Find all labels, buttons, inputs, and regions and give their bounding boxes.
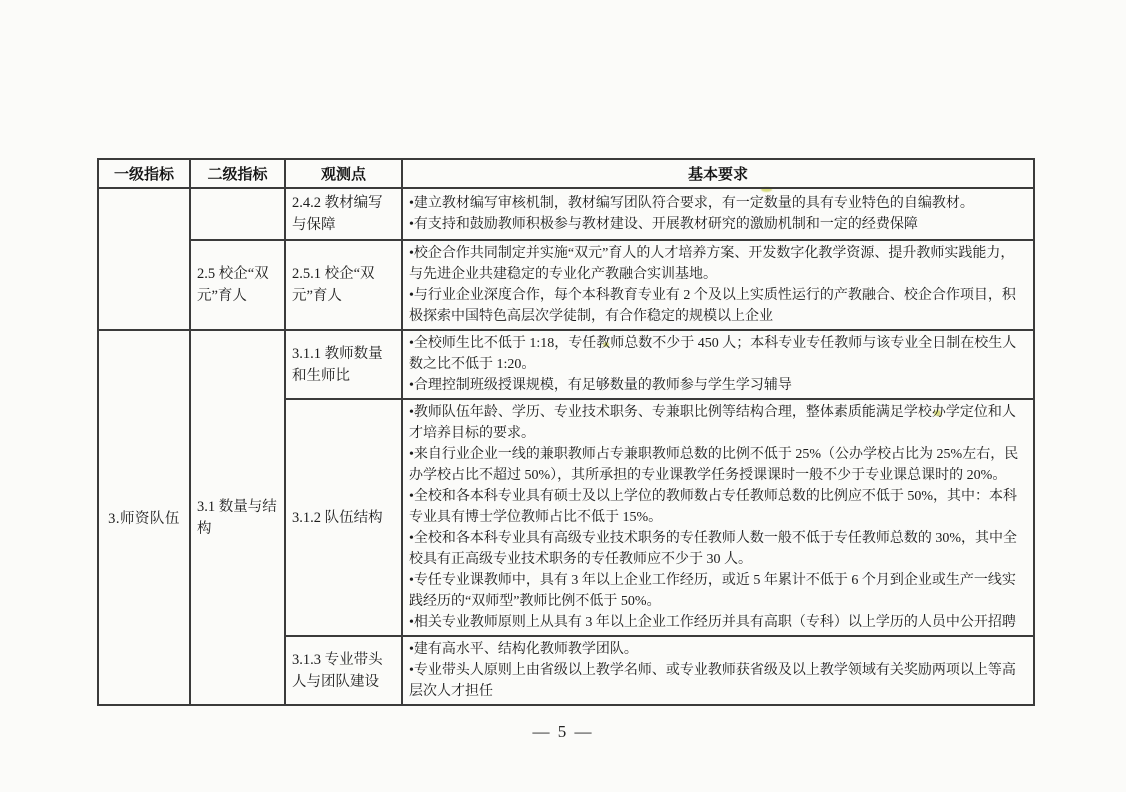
table-header-row: 一级指标 二级指标 观测点 基本要求	[98, 159, 1034, 188]
table-row: 2.5 校企“双元”育人 2.5.1 校企“双元”育人 •校企合作共同制定并实施…	[98, 240, 1034, 330]
cell-level1-continued	[98, 188, 190, 330]
cell-observation: 3.1.2 队伍结构	[285, 399, 402, 636]
cell-level1: 3.师资队伍	[98, 330, 190, 705]
cell-observation: 3.1.3 专业带头人与团队建设	[285, 636, 402, 705]
requirement-item: •教师队伍年龄、学历、专业技术职务、专兼职比例等结构合理，整体素质能满足学校办学…	[409, 402, 1027, 444]
requirement-item: •全校和各本科专业具有硕士及以上学位的教师数占专任教师总数的比例应不低于 50%…	[409, 486, 1027, 528]
requirement-item: •全校和各本科专业具有高级专业技术职务的专任教师人数一般不低于专任教师总数的 3…	[409, 528, 1027, 570]
requirement-item: •合理控制班级授课规模，有足够数量的教师参与学生学习辅导	[409, 375, 1027, 396]
requirement-item: •有支持和鼓励教师积极参与教材建设、开展教材研究的激励机制和一定的经费保障	[409, 214, 1027, 235]
page-number: — 5 —	[0, 722, 1126, 742]
table-row: 3.师资队伍 3.1 数量与结构 3.1.1 教师数量和生师比 •全校师生比不低…	[98, 330, 1034, 399]
header-level2-indicator: 二级指标	[190, 159, 285, 188]
requirement-item: •建有高水平、结构化教师教学团队。	[409, 639, 1027, 660]
table-row: 2.4.2 教材编写与保障 •建立教材编写审核机制，教材编写团队符合要求，有一定…	[98, 188, 1034, 240]
requirement-item: •专任专业课教师中，具有 3 年以上企业工作经历，或近 5 年累计不低于 6 个…	[409, 570, 1027, 612]
document-page: 一级指标 二级指标 观测点 基本要求 2.4.2 教材编写与保障 •建立教材编写…	[0, 0, 1126, 792]
cell-requirements: •教师队伍年龄、学历、专业技术职务、专兼职比例等结构合理，整体素质能满足学校办学…	[402, 399, 1034, 636]
cell-requirements: •全校师生比不低于 1:18，专任教师总数不少于 450 人；本科专业专任教师与…	[402, 330, 1034, 399]
requirement-item: •专业带头人原则上由省级以上教学名师、或专业教师获省级及以上教学领域有关奖励两项…	[409, 660, 1027, 702]
requirement-item: •校企合作共同制定并实施“双元”育人的人才培养方案、开发数字化教学资源、提升教师…	[409, 243, 1027, 285]
cell-observation: 2.5.1 校企“双元”育人	[285, 240, 402, 330]
header-basic-requirements: 基本要求	[402, 159, 1034, 188]
cell-requirements: •建有高水平、结构化教师教学团队。 •专业带头人原则上由省级以上教学名师、或专业…	[402, 636, 1034, 705]
cell-observation: 2.4.2 教材编写与保障	[285, 188, 402, 240]
cell-requirements: •校企合作共同制定并实施“双元”育人的人才培养方案、开发数字化教学资源、提升教师…	[402, 240, 1034, 330]
cell-level2: 3.1 数量与结构	[190, 330, 285, 705]
requirement-item: •建立教材编写审核机制，教材编写团队符合要求，有一定数量的具有专业特色的自编教材…	[409, 193, 1027, 214]
requirement-item: •相关专业教师原则上从具有 3 年以上企业工作经历并具有高职（专科）以上学历的人…	[409, 612, 1027, 633]
requirement-item: •与行业企业深度合作，每个本科教育专业有 2 个及以上实质性运行的产教融合、校企…	[409, 285, 1027, 327]
header-observation-point: 观测点	[285, 159, 402, 188]
requirement-item: •来自行业企业一线的兼职教师占专兼职教师总数的比例不低于 25%（公办学校占比为…	[409, 444, 1027, 486]
indicator-table: 一级指标 二级指标 观测点 基本要求 2.4.2 教材编写与保障 •建立教材编写…	[97, 158, 1035, 706]
requirement-item: •全校师生比不低于 1:18，专任教师总数不少于 450 人；本科专业专任教师与…	[409, 333, 1027, 375]
cell-level2: 2.5 校企“双元”育人	[190, 240, 285, 330]
cell-requirements: •建立教材编写审核机制，教材编写团队符合要求，有一定数量的具有专业特色的自编教材…	[402, 188, 1034, 240]
cell-level2-continued	[190, 188, 285, 240]
cell-observation: 3.1.1 教师数量和生师比	[285, 330, 402, 399]
header-level1-indicator: 一级指标	[98, 159, 190, 188]
